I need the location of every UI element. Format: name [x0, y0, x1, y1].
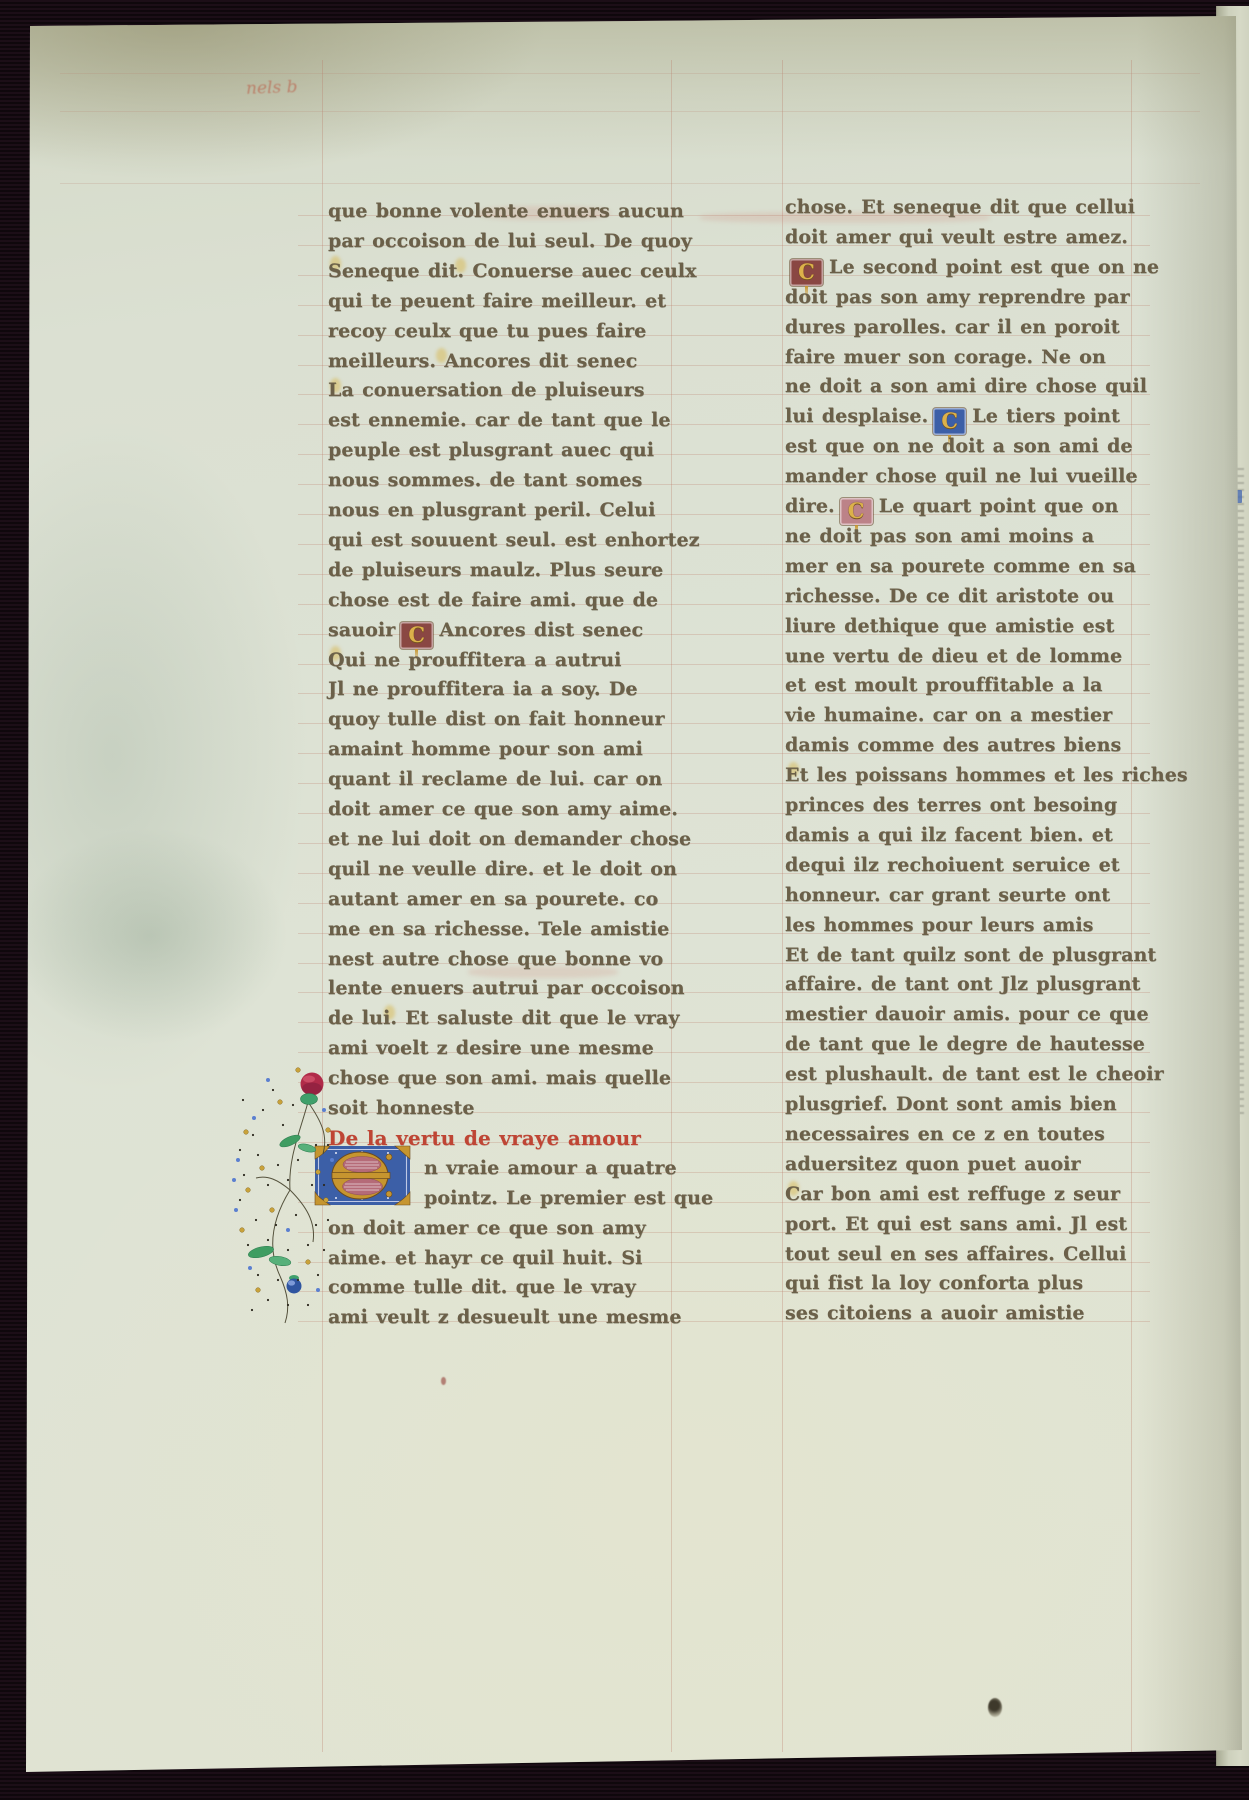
text-segment: mestier dauoir amis. pour ce que — [785, 1003, 1149, 1025]
manuscript-photo: nels b que bonne volente enuers aucunpar… — [0, 0, 1249, 1800]
text-line: doit amer qui veult estre amez. — [785, 222, 1128, 252]
text-line: faire muer son corage. Ne on — [785, 342, 1106, 372]
ruling-line-vertical — [671, 60, 672, 1752]
text-line: autant amer en sa pourete. co — [328, 884, 658, 914]
text-line: que bonne volente enuers aucun — [328, 196, 684, 226]
text-line: chose que son ami. mais quelle — [328, 1063, 671, 1093]
text-line: et est moult prouffitable a la — [785, 670, 1102, 700]
text-segment: lente enuers autrui par occoison — [328, 977, 685, 999]
text-segment: dequi ilz rechoiuent seruice et — [785, 854, 1120, 876]
text-line: damis comme des autres biens — [785, 730, 1121, 760]
text-line: quant il reclame de lui. car on — [328, 764, 662, 794]
red-speck — [441, 1377, 446, 1385]
text-line: Qui ne prouffitera a autrui — [328, 645, 621, 675]
text-segment: doit amer qui veult estre amez. — [785, 226, 1128, 248]
text-line: ne doit a son ami dire chose quil — [785, 371, 1147, 401]
text-line: est ennemie. car de tant que le — [328, 405, 671, 435]
text-line: nous sommes. de tant somes — [328, 465, 642, 495]
text-segment: aime. et hayr ce quil huit. Si — [328, 1247, 642, 1269]
text-segment: soit honneste — [328, 1097, 475, 1119]
text-line: doit amer ce que son amy aime. — [328, 794, 678, 824]
text-segment: ses citoiens a auoir amistie — [785, 1302, 1085, 1324]
text-segment: pointz. Le premier est que — [424, 1187, 713, 1209]
text-segment: n vraie amour a quatre — [424, 1157, 677, 1179]
text-segment: comme tulle dit. que le vray — [328, 1276, 636, 1298]
text-line: liure dethique que amistie est — [785, 611, 1114, 641]
ruling-line-vertical — [782, 60, 783, 1752]
text-segment: quil ne veulle dire. et le doit on — [328, 858, 677, 880]
text-segment: aduersitez quon puet auoir — [785, 1153, 1081, 1175]
text-line: nest autre chose que bonne vo — [328, 944, 663, 974]
text-line: ami voelt z desire une mesme — [328, 1033, 654, 1063]
text-segment: doit pas son amy reprendre par — [785, 286, 1130, 308]
text-segment: quoy tulle dist on fait honneur — [328, 708, 665, 730]
text-segment: tout seul en ses affaires. Cellui — [785, 1243, 1126, 1265]
ruling-line-horizontal — [60, 73, 1200, 74]
text-line: damis a qui ilz facent bien. et — [785, 820, 1113, 850]
text-segment: est ennemie. car de tant que le — [328, 409, 671, 431]
text-segment: honneur. car grant seurte ont — [785, 884, 1110, 906]
text-line: de tant que le degre de hautesse — [785, 1029, 1145, 1059]
text-line: aime. et hayr ce quil huit. Si — [328, 1243, 642, 1273]
ruling-line-vertical — [1131, 60, 1132, 1752]
text-line: Seneque dit. Conuerse auec ceulx — [328, 256, 697, 286]
text-line: aduersitez quon puet auoir — [785, 1149, 1081, 1179]
text-segment: autant amer en sa pourete. co — [328, 888, 658, 910]
text-line: dire.CLe quart point que on — [785, 491, 1118, 521]
text-segment: Jl ne prouffitera ia a soy. De — [328, 678, 638, 700]
text-segment: quant il reclame de lui. car on — [328, 768, 662, 790]
text-segment: dures parolles. car il en poroit — [785, 316, 1120, 338]
text-segment: mer en sa pourete comme en sa — [785, 555, 1136, 577]
text-segment: damis comme des autres biens — [785, 734, 1121, 756]
text-line: une vertu de dieu et de lomme — [785, 641, 1122, 671]
text-line: Jl ne prouffitera ia a soy. De — [328, 674, 638, 704]
text-line: amaint homme pour son ami — [328, 734, 643, 764]
text-segment: qui te peuent faire meilleur. et — [328, 290, 666, 312]
text-segment: nous en plusgrant peril. Celui — [328, 499, 655, 521]
text-line: mander chose quil ne lui vueille — [785, 461, 1138, 491]
text-segment: amaint homme pour son ami — [328, 738, 643, 760]
text-segment: Qui ne prouffitera a autrui — [328, 649, 621, 671]
text-line: tout seul en ses affaires. Cellui — [785, 1239, 1126, 1269]
text-line: soit honneste — [328, 1093, 475, 1123]
text-segment: necessaires en ce z en toutes — [785, 1123, 1105, 1145]
text-segment: me en sa richesse. Tele amistie — [328, 918, 669, 940]
text-segment: les hommes pour leurs amis — [785, 914, 1093, 936]
text-segment: que bonne volente enuers aucun — [328, 200, 684, 222]
text-segment: ami voelt z desire une mesme — [328, 1037, 654, 1059]
text-segment: plusgrief. Dont sont amis bien — [785, 1093, 1117, 1115]
text-line: richesse. De ce dit aristote ou — [785, 581, 1114, 611]
text-segment: Le second point est que on ne — [829, 256, 1159, 278]
text-segment: recoy ceulx que tu pues faire — [328, 320, 646, 342]
text-segment: par occoison de lui seul. De quoy — [328, 230, 692, 252]
text-line: qui fist la loy conforta plus — [785, 1268, 1083, 1298]
text-segment: doit amer ce que son amy aime. — [328, 798, 678, 820]
text-segment: faire muer son corage. Ne on — [785, 346, 1106, 368]
text-line: sauoirCAncores dist senec — [328, 615, 643, 645]
text-segment: Et de tant quilz sont de plusgrant — [785, 944, 1156, 966]
text-segment: ami veult z desueult une mesme — [328, 1306, 682, 1328]
text-line: meilleurs. Ancores dit senec — [328, 346, 637, 376]
text-segment: de lui. Et saluste dit que le vray — [328, 1007, 679, 1029]
text-line: qui est souuent seul. est enhortez — [328, 525, 700, 555]
text-line: necessaires en ce z en toutes — [785, 1119, 1105, 1149]
text-segment: lui desplaise. — [785, 405, 928, 427]
text-line: Car bon ami est reffuge z seur — [785, 1179, 1120, 1209]
text-segment: est que on ne doit a son ami de — [785, 435, 1133, 457]
text-line: chose. Et seneque dit que cellui — [785, 192, 1135, 222]
text-segment: est plushault. de tant est le cheoir — [785, 1063, 1164, 1085]
text-segment: Le quart point que on — [879, 495, 1119, 517]
text-line: recoy ceulx que tu pues faire — [328, 316, 646, 346]
text-line: vie humaine. car on a mestier — [785, 700, 1112, 730]
text-segment: nest autre chose que bonne vo — [328, 948, 663, 970]
text-segment: liure dethique que amistie est — [785, 615, 1114, 637]
text-segment: ne doit a son ami dire chose quil — [785, 375, 1147, 397]
text-segment: meilleurs. Ancores dit senec — [328, 350, 637, 372]
text-line: dequi ilz rechoiuent seruice et — [785, 850, 1120, 880]
text-segment: port. Et qui est sans ami. Jl est — [785, 1213, 1127, 1235]
text-line: Et les poissans hommes et les riches — [785, 760, 1188, 790]
text-segment: Car bon ami est reffuge z seur — [785, 1183, 1120, 1205]
text-segment: chose. Et seneque dit que cellui — [785, 196, 1135, 218]
text-segment: et ne lui doit on demander chose — [328, 828, 691, 850]
text-line: de pluiseurs maulz. Plus seure — [328, 555, 663, 585]
ruling-line-horizontal — [60, 111, 1200, 112]
text-line: nous en plusgrant peril. Celui — [328, 495, 655, 525]
text-segment: dire. — [785, 495, 835, 517]
text-segment: chose que son ami. mais quelle — [328, 1067, 671, 1089]
text-segment: de tant que le degre de hautesse — [785, 1033, 1145, 1055]
text-segment: de pluiseurs maulz. Plus seure — [328, 559, 663, 581]
ruling-line-horizontal — [60, 183, 1200, 184]
text-segment: mander chose quil ne lui vueille — [785, 465, 1138, 487]
text-line: mestier dauoir amis. pour ce que — [785, 999, 1149, 1029]
text-line: quoy tulle dist on fait honneur — [328, 704, 665, 734]
text-line: chose est de faire ami. que de — [328, 585, 658, 615]
text-line: CLe second point est que on ne — [785, 252, 1159, 282]
text-segment: ne doit pas son ami moins a — [785, 525, 1094, 547]
text-segment: damis a qui ilz facent bien. et — [785, 824, 1113, 846]
text-segment: chose est de faire ami. que de — [328, 589, 658, 611]
text-line: on doit amer ce que son amy — [328, 1213, 646, 1243]
text-segment: on doit amer ce que son amy — [328, 1217, 646, 1239]
text-line: comme tulle dit. que le vray — [328, 1272, 636, 1302]
text-segment: sauoir — [328, 619, 395, 641]
text-line: honneur. car grant seurte ont — [785, 880, 1110, 910]
text-line: doit pas son amy reprendre par — [785, 282, 1130, 312]
text-line: princes des terres ont besoing — [785, 790, 1117, 820]
text-line: les hommes pour leurs amis — [785, 910, 1093, 940]
text-line: ne doit pas son ami moins a — [785, 521, 1094, 551]
text-line: Et de tant quilz sont de plusgrant — [785, 940, 1156, 970]
text-line: ami veult z desueult une mesme — [328, 1302, 682, 1332]
text-segment: Et les poissans hommes et les riches — [785, 764, 1188, 786]
text-line: est que on ne doit a son ami de — [785, 431, 1133, 461]
text-segment: vie humaine. car on a mestier — [785, 704, 1112, 726]
manuscript-page: nels b que bonne volente enuers aucunpar… — [0, 0, 1249, 1800]
text-line: port. Et qui est sans ami. Jl est — [785, 1209, 1127, 1239]
text-line: mer en sa pourete comme en sa — [785, 551, 1136, 581]
text-line: lui desplaise.CLe tiers point — [785, 401, 1120, 431]
ink-blot — [988, 1698, 1002, 1717]
text-segment: Ancores dist senec — [439, 619, 643, 641]
text-segment: une vertu de dieu et de lomme — [785, 645, 1122, 667]
text-line: affaire. de tant ont Jlz plusgrant — [785, 969, 1140, 999]
text-segment: nous sommes. de tant somes — [328, 469, 642, 491]
text-line: peuple est plusgrant auec qui — [328, 435, 654, 465]
text-line: quil ne veulle dire. et le doit on — [328, 854, 677, 884]
marginal-inscription: nels b — [246, 77, 298, 99]
text-segment: La conuersation de pluiseurs — [328, 379, 645, 401]
text-line: La conuersation de pluiseurs — [328, 375, 645, 405]
text-line: plusgrief. Dont sont amis bien — [785, 1089, 1117, 1119]
text-line: dures parolles. car il en poroit — [785, 312, 1120, 342]
floral-spray-decoration — [228, 1040, 340, 1332]
text-segment: princes des terres ont besoing — [785, 794, 1117, 816]
text-line: me en sa richesse. Tele amistie — [328, 914, 669, 944]
text-line: lente enuers autrui par occoison — [328, 973, 685, 1003]
text-line: qui te peuent faire meilleur. et — [328, 286, 666, 316]
text-segment: qui fist la loy conforta plus — [785, 1272, 1083, 1294]
ruling-line-vertical — [322, 60, 323, 1752]
text-segment: Seneque dit. Conuerse auec ceulx — [328, 260, 697, 282]
text-line: de lui. Et saluste dit que le vray — [328, 1003, 679, 1033]
text-segment: peuple est plusgrant auec qui — [328, 439, 654, 461]
text-segment: Le tiers point — [972, 405, 1120, 427]
text-line: et ne lui doit on demander chose — [328, 824, 691, 854]
text-segment: richesse. De ce dit aristote ou — [785, 585, 1114, 607]
text-segment: et est moult prouffitable a la — [785, 674, 1102, 696]
text-line: est plushault. de tant est le cheoir — [785, 1059, 1164, 1089]
text-line: ses citoiens a auoir amistie — [785, 1298, 1085, 1328]
text-line: par occoison de lui seul. De quoy — [328, 226, 692, 256]
text-segment: affaire. de tant ont Jlz plusgrant — [785, 973, 1140, 995]
text-segment: qui est souuent seul. est enhortez — [328, 529, 700, 551]
